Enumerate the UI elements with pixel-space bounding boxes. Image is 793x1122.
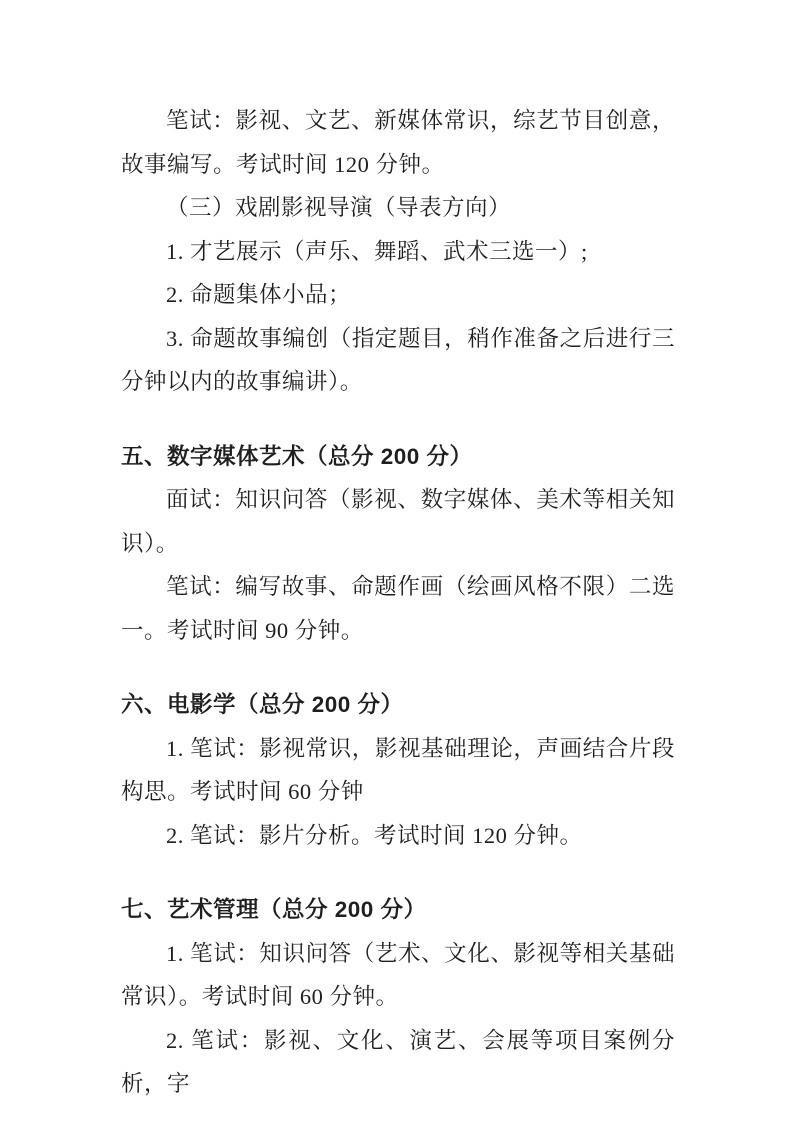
heading-section-6-film-studies: 六、电影学（总分 200 分） <box>121 683 675 727</box>
para-written-test-digital-media: 笔试：编写故事、命题作画（绘画风格不限）二选一。考试时间 90 分钟。 <box>121 565 675 652</box>
para-art-mgmt-written-test-2: 2. 笔试：影视、文化、演艺、会展等项目案例分析，字 <box>121 1019 675 1106</box>
document-page: 笔试：影视、文艺、新媒体常识，综艺节目创意，故事编写。考试时间 120 分钟。 … <box>0 0 793 1122</box>
list-item-1-talent-show: 1. 才艺展示（声乐、舞蹈、武术三选一）; <box>121 230 675 274</box>
para-section-3-drama-directing: （三）戏剧影视导演（导表方向） <box>121 186 675 230</box>
para-art-mgmt-written-test-1: 1. 笔试：知识问答（艺术、文化、影视等相关基础常识）。考试时间 60 分钟。 <box>121 932 675 1019</box>
para-interview-digital-media: 面试：知识问答（影视、数字媒体、美术等相关知识）。 <box>121 478 675 565</box>
list-item-3-story-creation: 3. 命题故事编创（指定题目，稍作准备之后进行三分钟以内的故事编讲）。 <box>121 317 675 404</box>
para-film-written-test-2: 2. 笔试：影片分析。考试时间 120 分钟。 <box>121 814 675 858</box>
list-item-2-group-sketch: 2. 命题集体小品； <box>121 273 675 317</box>
para-written-test-variety: 笔试：影视、文艺、新媒体常识，综艺节目创意，故事编写。考试时间 120 分钟。 <box>121 99 675 186</box>
heading-section-7-art-management: 七、艺术管理（总分 200 分） <box>121 888 675 932</box>
para-film-written-test-1: 1. 笔试：影视常识，影视基础理论，声画结合片段构思。考试时间 60 分钟 <box>121 727 675 814</box>
heading-section-5-digital-media-art: 五、数字媒体艺术（总分 200 分） <box>121 435 675 479</box>
